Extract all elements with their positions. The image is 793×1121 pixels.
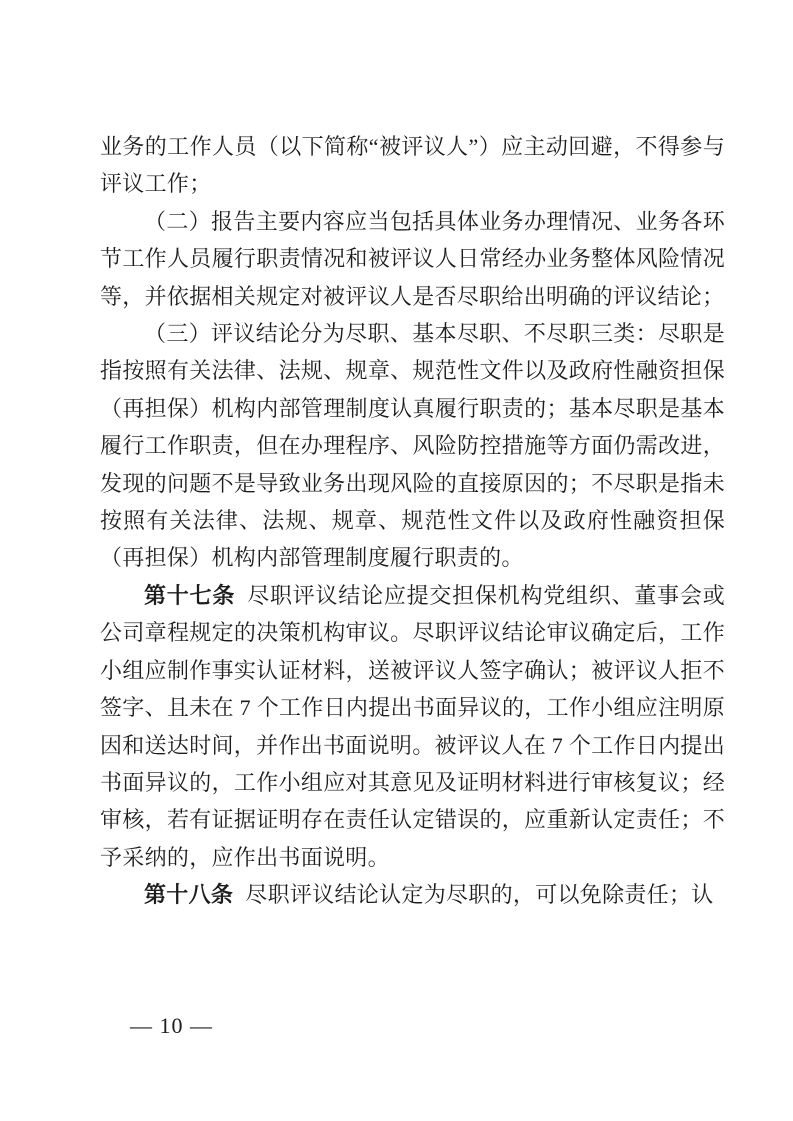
paragraph: （三）评议结论分为尽职、基本尽职、不尽职三类：尽职是指按照有关法律、法规、规章、… [100, 315, 725, 577]
document-body: 业务的工作人员（以下简称“被评议人”）应主动回避，不得参与评议工作； （二）报告… [100, 128, 725, 914]
page-number: — 10 — [130, 1013, 213, 1039]
document-page: 业务的工作人员（以下简称“被评议人”）应主动回避，不得参与评议工作； （二）报告… [0, 0, 793, 1121]
paragraph: （二）报告主要内容应当包括具体业务办理情况、业务各环节工作人员履行职责情况和被评… [100, 203, 725, 315]
paragraph-text: （二）报告主要内容应当包括具体业务办理情况、业务各环节工作人员履行职责情况和被评… [100, 209, 725, 309]
article-number-label: 第十七条 [144, 583, 235, 608]
paragraph: 第十七条尽职评议结论应提交担保机构党组织、董事会或公司章程规定的决策机构审议。尽… [100, 577, 725, 876]
paragraph-text: 尽职评议结论应提交担保机构党组织、董事会或公司章程规定的决策机构审议。尽职评议结… [100, 583, 725, 870]
paragraph-text: 业务的工作人员（以下简称“被评议人”）应主动回避，不得参与评议工作； [100, 134, 725, 196]
paragraph: 第十八条尽职评议结论认定为尽职的，可以免除责任；认 [100, 876, 725, 913]
paragraph-text: （三）评议结论分为尽职、基本尽职、不尽职三类：尽职是指按照有关法律、法规、规章、… [100, 321, 725, 570]
paragraph: 业务的工作人员（以下简称“被评议人”）应主动回避，不得参与评议工作； [100, 128, 725, 203]
article-number-label: 第十八条 [144, 882, 233, 907]
paragraph-text: 尽职评议结论认定为尽职的，可以免除责任；认 [245, 882, 713, 907]
